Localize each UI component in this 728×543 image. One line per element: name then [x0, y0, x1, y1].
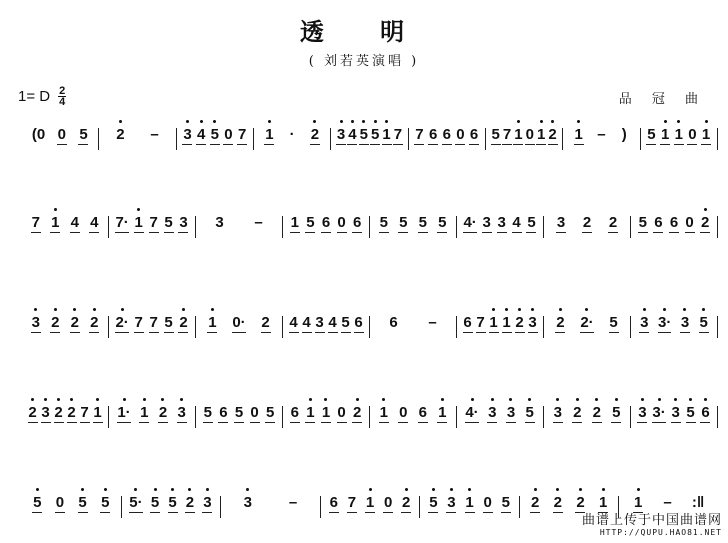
- composer-credit: 品 冠 曲: [619, 88, 706, 107]
- octave-dot: [119, 120, 122, 123]
- note: 0·: [232, 306, 245, 333]
- watermark-url: HTTP://QUPU.HAO81.NET: [582, 528, 722, 537]
- note: 3: [243, 486, 253, 512]
- measure: 22·5: [544, 306, 630, 333]
- note: 1: [50, 206, 60, 233]
- note: 6: [669, 206, 679, 233]
- measure: 3–: [221, 486, 320, 512]
- octave-dot: [602, 488, 605, 491]
- note: 2: [67, 396, 77, 423]
- note: 7: [347, 486, 357, 513]
- measure: 3225: [544, 396, 630, 423]
- note: 1: [536, 118, 546, 145]
- note: 0: [250, 396, 260, 423]
- note: 2: [548, 118, 558, 145]
- measure: 61102: [283, 396, 369, 423]
- bar-line: [717, 316, 718, 338]
- measure: 1–): [563, 118, 639, 145]
- octave-dot: [309, 398, 312, 401]
- note: 1: [379, 396, 389, 423]
- note: 1: [93, 396, 103, 423]
- note: 5: [265, 396, 275, 423]
- octave-dot: [161, 398, 164, 401]
- octave-dot: [70, 398, 73, 401]
- note: 5: [164, 306, 174, 333]
- note: 5: [370, 118, 380, 145]
- note: 2: [261, 306, 271, 333]
- note: 2: [555, 306, 565, 333]
- note: 5: [501, 486, 511, 513]
- note: 0: [685, 206, 695, 233]
- note: 2: [28, 396, 38, 423]
- note: 7: [31, 206, 41, 233]
- note: 6: [469, 118, 479, 145]
- octave-dot: [705, 120, 708, 123]
- note: 7: [393, 118, 403, 145]
- score-subtitle: ( 刘若英演唱 ): [0, 50, 728, 69]
- note: 3·: [652, 396, 665, 423]
- note: 6: [418, 396, 428, 423]
- score-row: 71447·17533–1560655554·334532256602: [22, 206, 718, 246]
- note: 4·: [463, 206, 476, 233]
- octave-dot: [246, 488, 249, 491]
- octave-dot: [34, 308, 37, 311]
- measure: 4·3345: [457, 206, 543, 233]
- octave-dot: [123, 398, 126, 401]
- note: 6: [653, 206, 663, 233]
- note: 3: [680, 306, 690, 333]
- measure: 15606: [283, 206, 369, 233]
- note: 3: [41, 396, 51, 423]
- measure: 67102: [321, 486, 420, 513]
- octave-dot: [683, 308, 686, 311]
- measure: 76606: [409, 118, 485, 145]
- measure: 53105: [420, 486, 519, 513]
- octave-dot: [615, 398, 618, 401]
- note: 2: [515, 306, 525, 333]
- measure: 571012: [486, 118, 562, 145]
- note: 5: [418, 206, 428, 233]
- note: 4·: [465, 396, 478, 423]
- score-title: 透 明: [0, 12, 728, 47]
- octave-dot: [450, 488, 453, 491]
- octave-dot: [382, 398, 385, 401]
- note: 5: [359, 118, 369, 145]
- note: 1: [437, 396, 447, 423]
- octave-dot: [405, 488, 408, 491]
- note: 6: [463, 306, 473, 333]
- note: 1: [305, 396, 315, 423]
- octave-dot: [471, 398, 474, 401]
- note: 3: [31, 306, 41, 333]
- octave-dot: [206, 488, 209, 491]
- octave-dot: [200, 120, 203, 123]
- octave-dot: [689, 398, 692, 401]
- octave-dot: [576, 398, 579, 401]
- note: 3: [336, 118, 346, 145]
- note: 0: [57, 118, 67, 145]
- octave-dot: [362, 120, 365, 123]
- octave-dot: [143, 398, 146, 401]
- measure: 1061: [370, 396, 456, 423]
- octave-dot: [658, 398, 661, 401]
- note: –: [428, 306, 438, 332]
- octave-dot: [637, 488, 640, 491]
- note: 0: [687, 118, 697, 145]
- note: ·: [287, 118, 297, 144]
- note: 3: [446, 486, 456, 513]
- octave-dot: [54, 208, 57, 211]
- note: 2: [572, 396, 582, 423]
- octave-dot: [182, 308, 185, 311]
- note: 1: [134, 206, 144, 233]
- octave-dot: [96, 398, 99, 401]
- octave-dot: [313, 120, 316, 123]
- note: 6: [700, 396, 710, 423]
- note: 5: [428, 486, 438, 513]
- note: 5: [168, 486, 178, 513]
- octave-dot: [81, 488, 84, 491]
- note: 7: [149, 206, 159, 233]
- note: 1: [574, 118, 584, 145]
- measure: 33·356: [631, 396, 717, 423]
- note: 2: [185, 486, 195, 513]
- note: 1: [489, 306, 499, 333]
- note: 3: [182, 118, 192, 145]
- note: 7: [134, 306, 144, 333]
- note: 2: [530, 486, 540, 513]
- measure: 7·1753: [109, 206, 195, 233]
- note: 1: [502, 306, 512, 333]
- measure: 5055: [22, 486, 121, 513]
- note: 0: [383, 486, 393, 513]
- octave-dot: [528, 398, 531, 401]
- note: 0: [455, 118, 465, 145]
- octave-dot: [268, 120, 271, 123]
- octave-dot: [534, 488, 537, 491]
- octave-dot: [491, 398, 494, 401]
- note: 1: [264, 118, 274, 145]
- measure: 34507: [177, 118, 253, 145]
- note: 5: [609, 306, 619, 333]
- note: 3: [487, 396, 497, 423]
- note: 3: [528, 306, 538, 333]
- note: 2: [608, 206, 618, 233]
- note: 7: [80, 396, 90, 423]
- note: (0: [32, 118, 45, 144]
- note: 0: [398, 396, 408, 423]
- note: –: [288, 486, 298, 512]
- measure: 51101: [641, 118, 717, 145]
- note: 7: [502, 118, 512, 145]
- measure: 2–: [99, 118, 175, 144]
- octave-dot: [180, 398, 183, 401]
- score-row: 32222·775210·24434566–67112322·533·35: [22, 306, 718, 346]
- note: 1·: [117, 396, 130, 423]
- measure: 56505: [196, 396, 282, 423]
- note: 3: [553, 396, 563, 423]
- note: 1: [701, 118, 711, 145]
- octave-dot: [674, 398, 677, 401]
- key-label: 1= D: [18, 88, 50, 105]
- note: 2: [592, 396, 602, 423]
- octave-dot: [154, 488, 157, 491]
- watermark-text: 曲谱上传于中国曲谱网: [582, 509, 722, 528]
- bar-line: [717, 128, 718, 150]
- note: 6: [218, 396, 228, 423]
- note: –: [596, 118, 606, 144]
- octave-dot: [31, 398, 34, 401]
- octave-dot: [518, 308, 521, 311]
- octave-dot: [340, 120, 343, 123]
- note: 3: [178, 206, 188, 233]
- measure: 671123: [457, 306, 543, 333]
- note: 2: [352, 396, 362, 423]
- note: 1: [513, 118, 523, 145]
- score-row: (0052–345071·2345517766065710121–)51101: [22, 118, 718, 158]
- note: 5: [699, 306, 709, 333]
- note: 4: [289, 306, 299, 333]
- note: 5: [526, 206, 536, 233]
- note: –: [254, 206, 264, 232]
- note: 5: [379, 206, 389, 233]
- octave-dot: [36, 488, 39, 491]
- note: 1: [465, 486, 475, 513]
- note: 4: [196, 118, 206, 145]
- octave-dot: [104, 488, 107, 491]
- note: 3: [215, 206, 225, 232]
- note: 2: [89, 306, 99, 333]
- note: 5: [210, 118, 220, 145]
- note: 2: [553, 486, 563, 513]
- measure: 232271: [22, 396, 108, 423]
- note: 2: [700, 206, 710, 233]
- note: 4: [89, 206, 99, 233]
- note: 3·: [658, 306, 671, 333]
- note: 6: [442, 118, 452, 145]
- note: 6: [290, 396, 300, 423]
- note: 6: [354, 306, 364, 333]
- note: 7: [414, 118, 424, 145]
- octave-dot: [579, 488, 582, 491]
- octave-dot: [441, 398, 444, 401]
- note: 5: [491, 118, 501, 145]
- octave-dot: [369, 488, 372, 491]
- measure: 345517: [331, 118, 407, 145]
- note: 1: [382, 118, 392, 145]
- measure: 5555: [370, 206, 456, 233]
- watermark: 曲谱上传于中国曲谱网 HTTP://QUPU.HAO81.NET: [582, 509, 722, 537]
- note: 6: [389, 306, 399, 332]
- note: 1: [321, 396, 331, 423]
- note: 3: [482, 206, 492, 233]
- octave-dot: [54, 308, 57, 311]
- note: 5: [525, 396, 535, 423]
- note: 5: [203, 396, 213, 423]
- octave-dot: [585, 308, 588, 311]
- octave-dot: [324, 398, 327, 401]
- note: 5·: [129, 486, 142, 513]
- octave-dot: [702, 308, 705, 311]
- octave-dot: [134, 488, 137, 491]
- measure: 6–: [370, 306, 456, 332]
- note: 2·: [580, 306, 593, 333]
- octave-dot: [540, 120, 543, 123]
- octave-dot: [121, 308, 124, 311]
- note: 6: [321, 206, 331, 233]
- note: 0: [223, 118, 233, 145]
- time-signature: 2 4: [58, 86, 66, 107]
- note: 2: [401, 486, 411, 513]
- note: 5: [78, 118, 88, 145]
- measure: 1·123: [109, 396, 195, 423]
- octave-dot: [531, 308, 534, 311]
- note: 3: [177, 396, 187, 423]
- note: 7: [237, 118, 247, 145]
- note: 2: [70, 306, 80, 333]
- note: 0: [55, 486, 65, 513]
- octave-dot: [188, 488, 191, 491]
- measure: 7144: [22, 206, 108, 233]
- octave-dot: [492, 308, 495, 311]
- octave-dot: [73, 308, 76, 311]
- measure: 443456: [283, 306, 369, 333]
- note: 3: [497, 206, 507, 233]
- measure: 3222: [22, 306, 108, 333]
- note: ): [619, 118, 629, 144]
- note: –: [150, 118, 160, 144]
- note: 5: [398, 206, 408, 233]
- octave-dot: [505, 308, 508, 311]
- measure: 1·2: [254, 118, 330, 145]
- octave-dot: [595, 398, 598, 401]
- measure: 3–: [196, 206, 282, 232]
- note: 5: [32, 486, 42, 513]
- time-denominator: 4: [59, 97, 65, 107]
- octave-dot: [677, 120, 680, 123]
- note: 5: [686, 396, 696, 423]
- note: 7: [476, 306, 486, 333]
- note: 6: [352, 206, 362, 233]
- measure: 5·5523: [122, 486, 221, 513]
- note: 3: [556, 206, 566, 233]
- note: 7: [149, 306, 159, 333]
- octave-dot: [577, 120, 580, 123]
- note: 4: [512, 206, 522, 233]
- measure: 56602: [631, 206, 717, 233]
- note: 5: [646, 118, 656, 145]
- octave-dot: [509, 398, 512, 401]
- note: 3: [639, 306, 649, 333]
- note: 1: [139, 396, 149, 423]
- note: 3: [637, 396, 647, 423]
- octave-dot: [643, 308, 646, 311]
- octave-dot: [641, 398, 644, 401]
- octave-dot: [186, 120, 189, 123]
- octave-dot: [351, 120, 354, 123]
- measure: 33·35: [631, 306, 717, 333]
- note: 5: [341, 306, 351, 333]
- octave-dot: [551, 120, 554, 123]
- note: 3: [506, 396, 516, 423]
- key-signature: 1= D 2 4: [18, 86, 66, 107]
- note: 5: [305, 206, 315, 233]
- note: 2: [178, 306, 188, 333]
- note: 1: [365, 486, 375, 513]
- note: 4: [328, 306, 338, 333]
- octave-dot: [704, 208, 707, 211]
- note: 2: [158, 396, 168, 423]
- note: 2: [50, 306, 60, 333]
- note: 2: [582, 206, 592, 233]
- octave-dot: [556, 488, 559, 491]
- note: 6: [428, 118, 438, 145]
- note: 5: [638, 206, 648, 233]
- note: 5: [234, 396, 244, 423]
- note: 5: [100, 486, 110, 513]
- octave-dot: [93, 308, 96, 311]
- score-row: 2322711·123565056110210614·335322533·356: [22, 396, 718, 436]
- note: 7·: [115, 206, 128, 233]
- note: 3: [315, 306, 325, 333]
- octave-dot: [137, 208, 140, 211]
- note: 5: [78, 486, 88, 513]
- octave-dot: [211, 308, 214, 311]
- note: 4: [70, 206, 80, 233]
- measure: (005: [22, 118, 98, 145]
- octave-dot: [385, 120, 388, 123]
- octave-dot: [704, 398, 707, 401]
- octave-dot: [559, 308, 562, 311]
- octave-dot: [57, 398, 60, 401]
- note: 2: [54, 396, 64, 423]
- octave-dot: [663, 308, 666, 311]
- octave-dot: [664, 120, 667, 123]
- measure: 10·2: [196, 306, 282, 333]
- note: 3: [202, 486, 212, 513]
- note: 2·: [115, 306, 128, 333]
- note: 5: [150, 486, 160, 513]
- note: 5: [611, 396, 621, 423]
- note: 1: [660, 118, 670, 145]
- note: 6: [329, 486, 339, 513]
- measure: 322: [544, 206, 630, 233]
- octave-dot: [556, 398, 559, 401]
- note: 1: [207, 306, 217, 333]
- note: 4: [302, 306, 312, 333]
- note: 2: [310, 118, 320, 145]
- note: 1: [290, 206, 300, 233]
- bar-line: [717, 216, 718, 238]
- note: 0: [337, 206, 347, 233]
- octave-dot: [517, 120, 520, 123]
- octave-dot: [171, 488, 174, 491]
- octave-dot: [356, 398, 359, 401]
- bar-line: [717, 406, 718, 428]
- measure: 4·335: [457, 396, 543, 423]
- octave-dot: [44, 398, 47, 401]
- octave-dot: [468, 488, 471, 491]
- octave-dot: [213, 120, 216, 123]
- octave-dot: [374, 120, 377, 123]
- note: 5: [437, 206, 447, 233]
- note: 4: [347, 118, 357, 145]
- note: 0: [483, 486, 493, 513]
- note: 2: [115, 118, 125, 144]
- measure: 2·7752: [109, 306, 195, 333]
- note: 5: [164, 206, 174, 233]
- note: 1: [674, 118, 684, 145]
